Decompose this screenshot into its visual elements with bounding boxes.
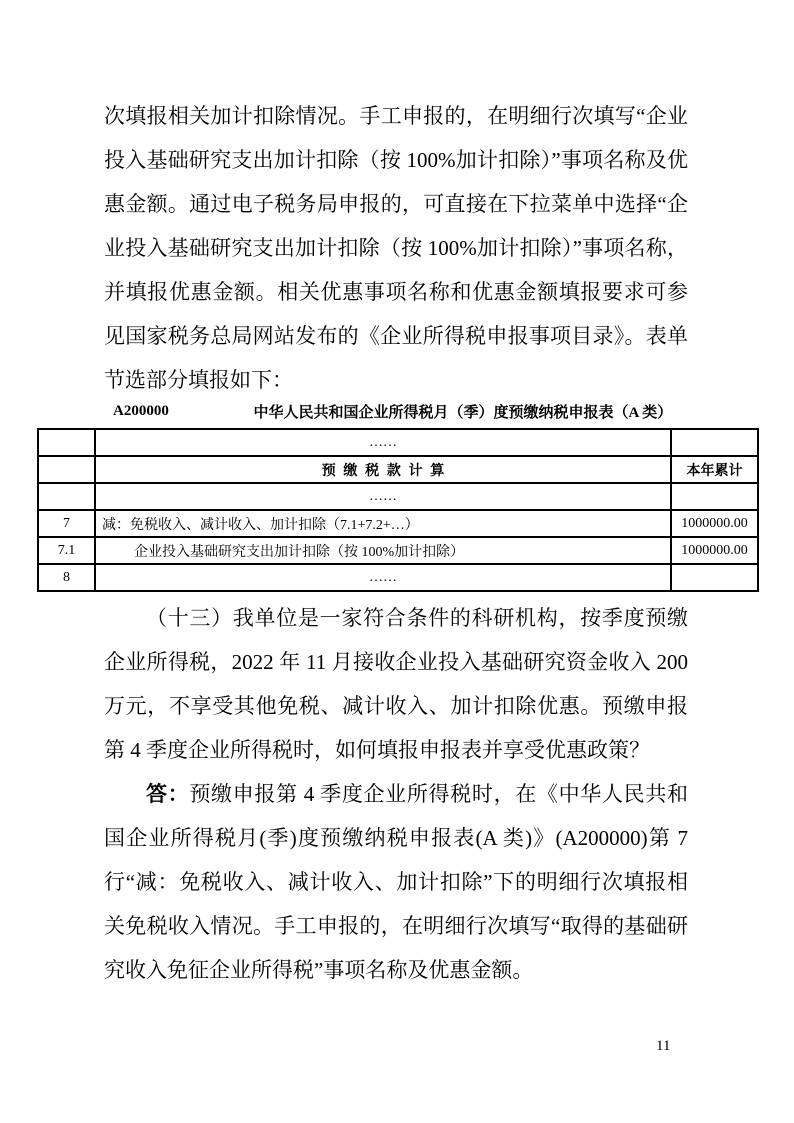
- paragraph-answer: 答：预缴申报第 4 季度企业所得税时，在《中华人民共和国企业所得税月(季)度预缴…: [104, 772, 688, 992]
- form-code: A200000: [113, 403, 169, 420]
- row-amount-cell: [671, 564, 758, 591]
- row-number-cell: 7.1: [38, 537, 95, 564]
- paragraph-question-13: （十三）我单位是一家符合条件的科研机构，按季度预缴企业所得税，2022 年 11…: [104, 596, 688, 772]
- answer-label: 答：: [146, 782, 189, 806]
- row-item-cell: ……: [95, 429, 671, 456]
- row-number-cell: 7: [38, 510, 95, 537]
- table-row: ……: [38, 429, 758, 456]
- row-item-cell: 减：免税收入、减计收入、加计扣除（7.1+7.2+…）: [95, 510, 671, 537]
- form-caption: A200000 中华人民共和国企业所得税月（季）度预缴纳税申报表（A 类）: [37, 396, 757, 426]
- amount-header-cell: 本年累计: [671, 456, 758, 483]
- row-number-cell: [38, 429, 95, 456]
- row-amount-cell: [671, 429, 758, 456]
- table-row-7: 7 减：免税收入、减计收入、加计扣除（7.1+7.2+…） 1000000.00: [38, 510, 758, 537]
- row-number-cell: [38, 483, 95, 510]
- form-title: 中华人民共和国企业所得税月（季）度预缴纳税申报表（A 类）: [169, 401, 757, 422]
- table-row: ……: [38, 483, 758, 510]
- qa-section: （十三）我单位是一家符合条件的科研机构，按季度预缴企业所得税，2022 年 11…: [104, 596, 688, 992]
- row-item-cell: 企业投入基础研究支出加计扣除（按 100%加计扣除）: [95, 537, 671, 564]
- row-number-cell: 8: [38, 564, 95, 591]
- tax-return-table: …… 预缴税款计算 本年累计 …… 7 减：免税收入、减计收入、加计扣除（7.1…: [37, 428, 759, 592]
- section-header-cell: 预缴税款计算: [95, 456, 671, 483]
- row-amount-cell: [671, 483, 758, 510]
- table-header-row: 预缴税款计算 本年累计: [38, 456, 758, 483]
- table-row-7-1: 7.1 企业投入基础研究支出加计扣除（按 100%加计扣除） 1000000.0…: [38, 537, 758, 564]
- document-page: 次填报相关加计扣除情况。手工申报的，在明细行次填写“企业投入基础研究支出加计扣除…: [0, 0, 794, 1123]
- row-number-cell: [38, 456, 95, 483]
- answer-text: 预缴申报第 4 季度企业所得税时，在《中华人民共和国企业所得税月(季)度预缴纳税…: [104, 782, 688, 982]
- paragraph-continuation-text: 次填报相关加计扣除情况。手工申报的，在明细行次填写“企业投入基础研究支出加计扣除…: [104, 94, 688, 402]
- page-number: 11: [656, 1038, 670, 1055]
- table-row-8: 8 ……: [38, 564, 758, 591]
- row-item-cell: ……: [95, 564, 671, 591]
- row-amount-cell: 1000000.00: [671, 510, 758, 537]
- row-item-cell: ……: [95, 483, 671, 510]
- paragraph-continuation: 次填报相关加计扣除情况。手工申报的，在明细行次填写“企业投入基础研究支出加计扣除…: [104, 94, 688, 402]
- row-amount-cell: 1000000.00: [671, 537, 758, 564]
